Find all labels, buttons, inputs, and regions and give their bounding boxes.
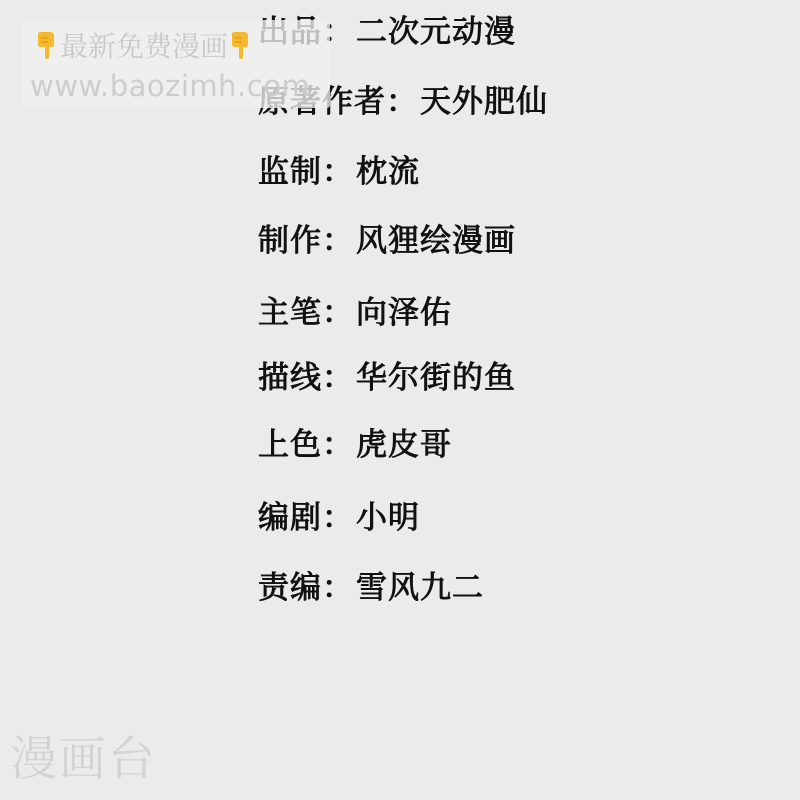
credit-name: 二次元动漫 bbox=[356, 12, 516, 52]
credit-name: 虎皮哥 bbox=[356, 425, 452, 465]
pointing-down-hand-icon bbox=[228, 30, 254, 60]
credit-name: 雪风九二 bbox=[356, 568, 484, 608]
credit-production: 制作：风狸绘漫画 bbox=[258, 221, 516, 261]
credit-separator: ： bbox=[322, 568, 356, 608]
credit-name: 天外肥仙 bbox=[420, 82, 548, 122]
credit-role: 责编 bbox=[258, 568, 322, 608]
credit-separator: ： bbox=[322, 221, 356, 261]
site-watermark: 最新免费漫画 www.baozimh.com bbox=[22, 20, 330, 108]
pointing-down-hand-icon bbox=[34, 30, 60, 60]
credit-role: 上色 bbox=[258, 425, 322, 465]
credit-separator: ： bbox=[322, 498, 356, 538]
credit-role: 制作 bbox=[258, 221, 322, 261]
credit-separator: ： bbox=[322, 358, 356, 398]
credit-role: 编剧 bbox=[258, 498, 322, 538]
credit-name: 向泽佑 bbox=[356, 293, 452, 333]
credit-lead-artist: 主笔：向泽佑 bbox=[258, 293, 452, 333]
credit-separator: ： bbox=[386, 82, 420, 122]
credit-name: 枕流 bbox=[356, 152, 420, 192]
corner-watermark: 漫画台 bbox=[10, 730, 157, 790]
credit-editor: 责编：雪风九二 bbox=[258, 568, 484, 608]
credit-name: 小明 bbox=[356, 498, 420, 538]
credit-supervisor: 监制：枕流 bbox=[258, 152, 420, 192]
watermark-line1: 最新免费漫画 bbox=[34, 30, 254, 64]
credit-separator: ： bbox=[322, 293, 356, 333]
credit-role: 主笔 bbox=[258, 293, 322, 333]
credit-coloring: 上色：虎皮哥 bbox=[258, 425, 452, 465]
credit-name: 风狸绘漫画 bbox=[356, 221, 516, 261]
credit-separator: ： bbox=[322, 425, 356, 465]
credit-screenwriter: 编剧：小明 bbox=[258, 498, 420, 538]
credit-role: 监制 bbox=[258, 152, 322, 192]
watermark-url: www.baozimh.com bbox=[30, 70, 310, 102]
credit-line-art: 描线：华尔街的鱼 bbox=[258, 358, 516, 398]
credit-name: 华尔街的鱼 bbox=[356, 358, 516, 398]
credit-separator: ： bbox=[322, 152, 356, 192]
credit-role: 描线 bbox=[258, 358, 322, 398]
watermark-text: 最新免费漫画 bbox=[60, 30, 228, 63]
